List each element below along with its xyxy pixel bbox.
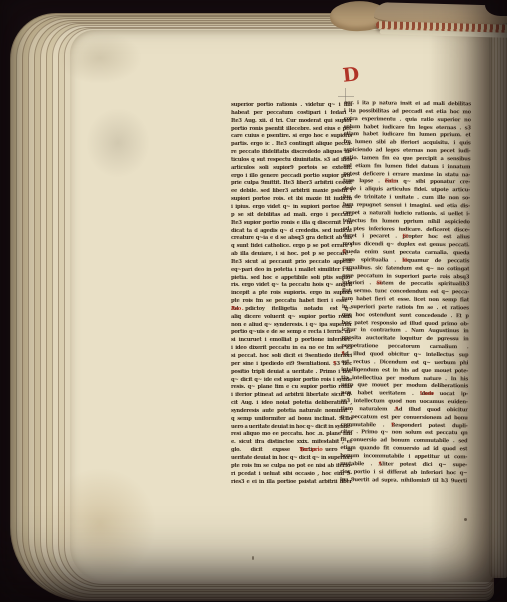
- text-line: pte rois fm se culpa no pot ee nisi ab i…: [231, 463, 352, 471]
- text-line: ris. ergo videt q~ ta peccatu hois q~ an…: [231, 282, 352, 290]
- text-line: Rso . Ad pdictoy itelligetia notadu est …: [231, 306, 352, 314]
- text-line: portio ronis psentit illecebre. sed eius…: [231, 126, 352, 134]
- text-line: positio tripli deuiat a ueritate . Primo…: [231, 369, 352, 377]
- text-line: ab illa deuiare, i si hoc. pot p se pecc…: [231, 251, 352, 259]
- text-line: Ite3 sicut ai peccauit prio peccato appe…: [231, 259, 352, 267]
- text-line: non e aliud q~ synderesis. i q~ ipa supe…: [231, 322, 352, 330]
- text-column-left: superior portio rationis . videtur q~ i …: [231, 102, 352, 486]
- text-line: q sunt fidei catholice. ergo p se pot er…: [231, 243, 352, 251]
- text-line: synderesis aute potetia naturale nominat…: [231, 408, 352, 416]
- text-line: eq~pari deo in potetia i mallet similite…: [231, 267, 352, 275]
- text-line: resis. q~ plane fim e cu supior portio r…: [231, 384, 352, 392]
- text-line: i ipius. ergo videt q~ in supiori portoe…: [231, 204, 352, 212]
- text-line: q semp uniformiter ad bonu inclinat. Scd…: [231, 416, 352, 424]
- text-line: resi aliquo mo ee peccatu. hoc .n. plane…: [231, 431, 352, 439]
- text-line: pte rois fm se peccatu habet fieri i ess…: [231, 298, 352, 306]
- text-line: care cuius e psentire. si ergo hoc e sup…: [231, 133, 352, 141]
- text-line: creature q~ia e d se absq3 gra deficit a…: [231, 235, 352, 243]
- text-line: dicat ta d agedis q~ d crededis. sed iud…: [231, 228, 352, 236]
- fore-edge: [489, 2, 507, 578]
- text-line: si incuruet i emolliat p portione inferi…: [231, 337, 352, 345]
- text-line: cit Aug. i ideo noiat potetia deliberati…: [231, 400, 352, 408]
- text-line: habeat per peccatum costipari i fedari .: [231, 110, 352, 118]
- text-line: i iferior ptineat ad arbitrii libertate …: [231, 392, 352, 400]
- text-line: ergo i illo genere peccadi portio supior…: [231, 173, 352, 181]
- text-line: prie culpa 9mittit. Ite3 liber3 arbitrii…: [231, 180, 352, 188]
- text-line: portio q~uis e de se semp e recta i ferr…: [231, 329, 352, 337]
- text-line: si peccat. hoc soli dicit ei 9sentiedo i…: [231, 353, 352, 361]
- text-line: ueritate deuiat in hoc q~ dicit q~ in su…: [231, 455, 352, 463]
- text-line: supiori portoe rois. et ibi maxie fit iu…: [231, 196, 352, 204]
- text-line: articulos soli supior9 portois se extedi…: [231, 165, 352, 173]
- text-line: e. sicut ifra distinctoe xxix. mifestabi…: [231, 439, 352, 447]
- text-line: q~ dicit q~ ide est supior portio rois i…: [231, 377, 352, 385]
- text-line: pietia. sed hoc e appetibile soli ptis s…: [231, 275, 352, 283]
- text-line: ipa 9uertit ad supra. nihilomin9 til h3 …: [340, 476, 467, 485]
- text-column-right: eor. i ita p natura insit ei ad mali deb…: [340, 100, 471, 486]
- text-line: glo. dicit expsse Exc. prio ¶Tertio uero…: [231, 447, 352, 455]
- text-line: re peccato ifidelitatis discrededo aliqu…: [231, 149, 352, 157]
- ink-speck: [464, 518, 467, 521]
- text-line: aliq dicere voluerit q~ supior portio ro…: [231, 314, 352, 322]
- text-line: per sine i ipediedo ei9 9sentiationi. ¶S…: [231, 361, 352, 369]
- book-photograph: D superior portio rationis . videtur q~ …: [0, 0, 507, 602]
- text-line: Ite3 supior portio ronis e illa q discer…: [231, 220, 352, 228]
- rubric-folio-letter: D: [337, 61, 366, 90]
- text-line: ri pcedat i ueluat sibi occasio , hoc ei…: [231, 471, 352, 479]
- ink-speck: [252, 556, 254, 560]
- text-line: incepit a pte rois supioris. ergo in sup…: [231, 290, 352, 298]
- text-line: ticulos q sut respectu diuinitatis. s3 a…: [231, 157, 352, 165]
- text-line: ee debile. sed liber3 arbitrii maxie psi…: [231, 188, 352, 196]
- text-line: Ite3 Aug. xii. d tri. Cur moderat qui su…: [231, 118, 352, 126]
- text-line: i ideo dixerit peccatu in ea no ee fm se…: [231, 345, 352, 353]
- text-line: ries3 e ei in illa portioe psistat arbit…: [231, 479, 352, 487]
- text-line: superior portio rationis . videtur q~ i …: [231, 102, 352, 110]
- text-line: uero a ueritate deuiat in hoc q~ dicit i…: [231, 424, 352, 432]
- text-line: p se sit debilitas ad mali. ergo i pecca…: [231, 212, 352, 220]
- text-line: partis. ergo ic . Ite3 contingit alique …: [231, 141, 352, 149]
